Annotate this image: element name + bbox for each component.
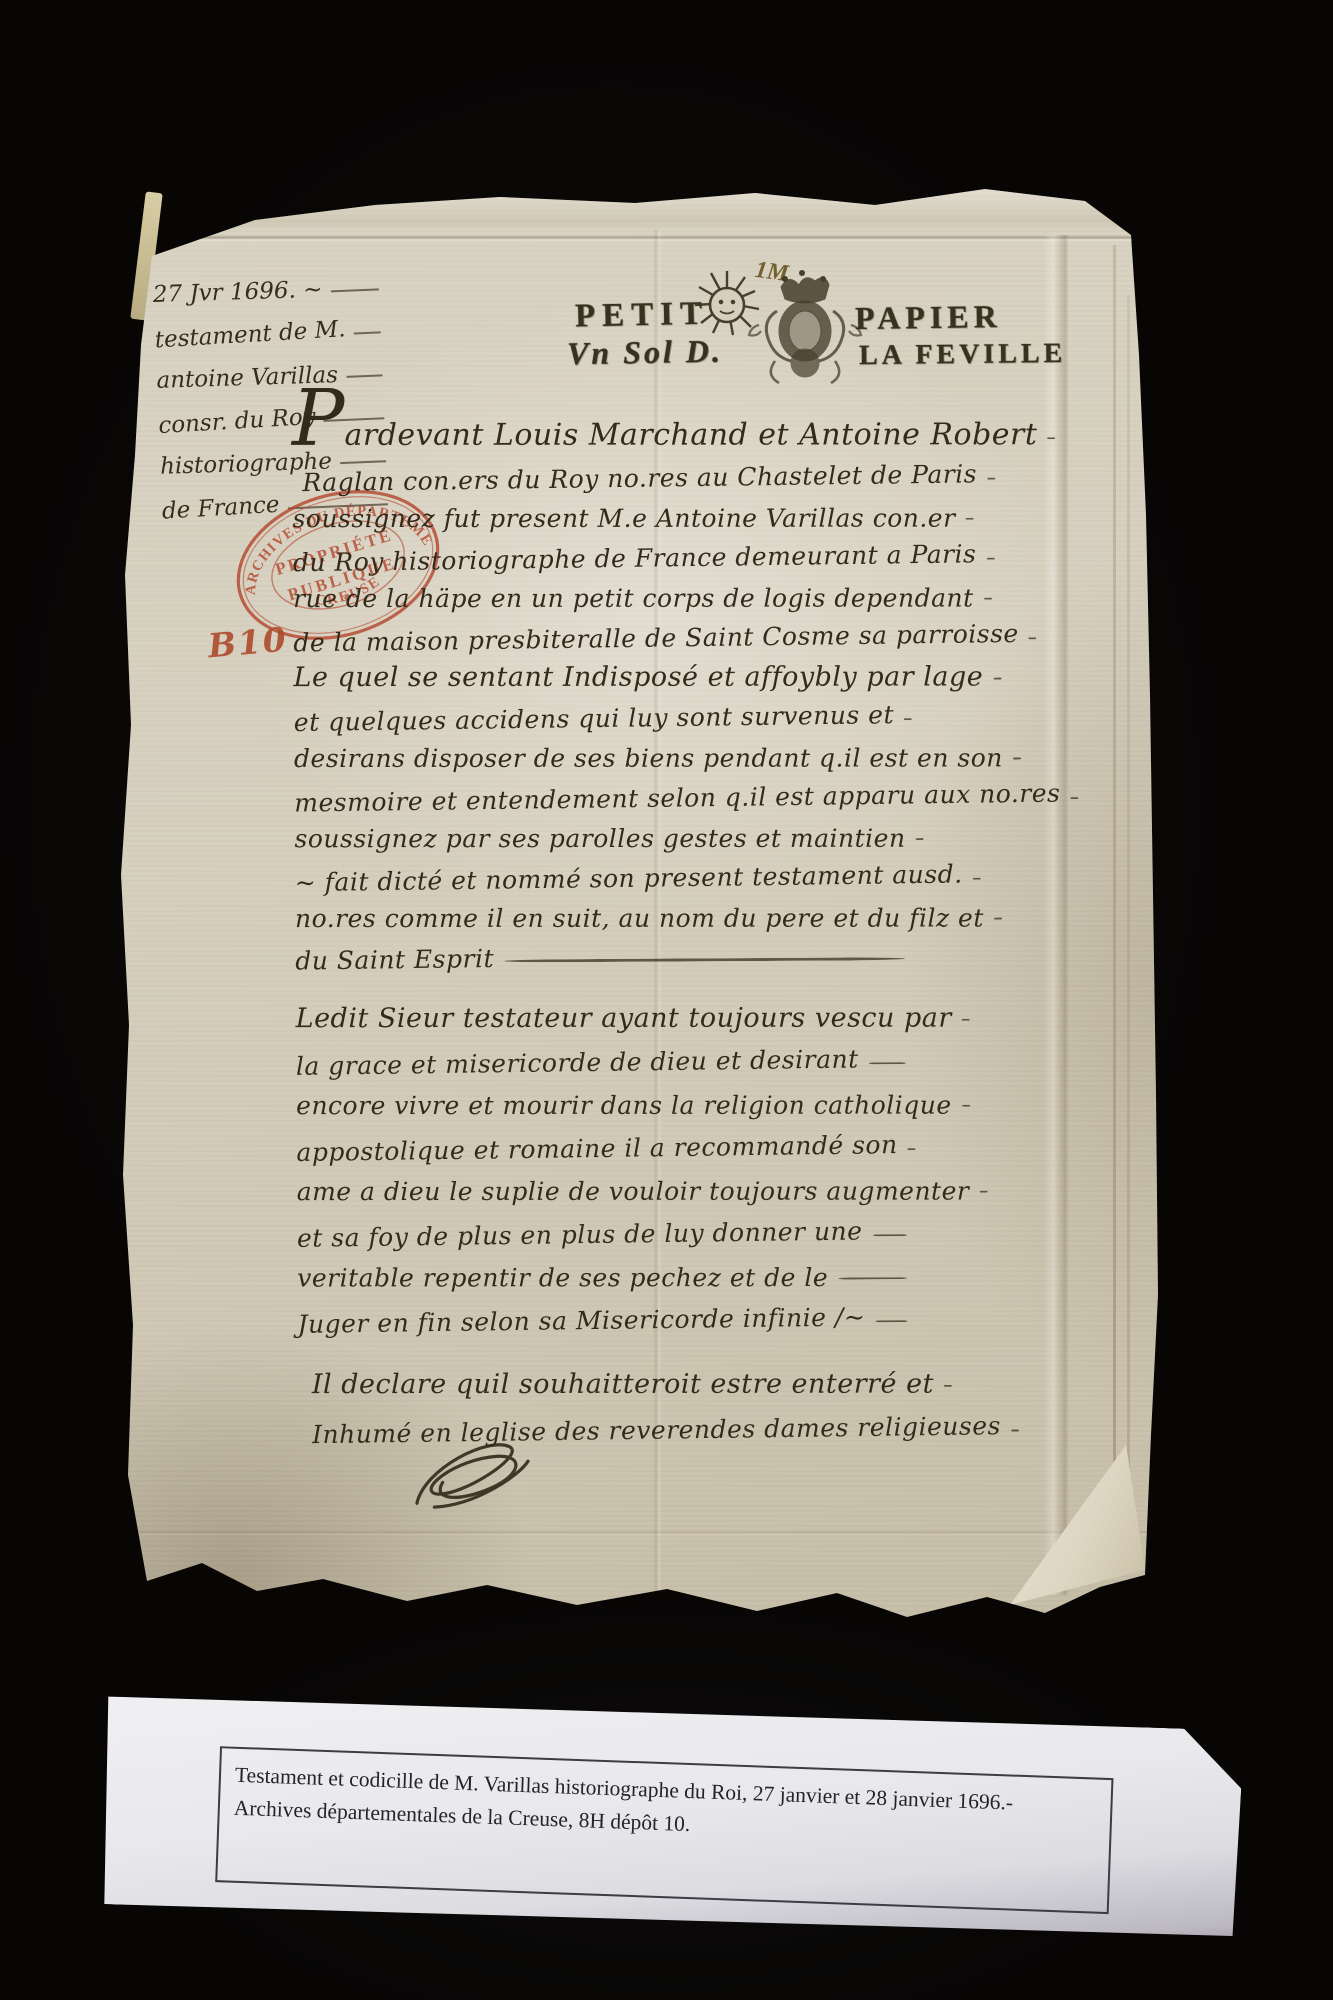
sun-and-crowned-royal-arms-icon — [689, 265, 865, 405]
stacked-sheet-edge — [1113, 245, 1116, 1525]
stacked-sheet-edge — [1127, 295, 1130, 1495]
line-filler-stroke — [994, 918, 1002, 920]
manuscript-line: et quelques accidens qui luy sont surven… — [294, 691, 906, 735]
fold-crease — [105, 235, 1165, 242]
manuscript-line: no.res comme il en suit, au nom du pere … — [295, 891, 907, 935]
torn-top-edge-highlight — [145, 183, 1135, 231]
manuscript-line: veritable repentir de ses pechez et de l… — [297, 1247, 909, 1294]
line-filler-stroke — [916, 838, 924, 840]
trailing-stroke — [346, 374, 383, 378]
line-filler-stroke — [966, 518, 974, 520]
line-filler-stroke — [875, 1320, 907, 1322]
manuscript-line: Le quel se sentant Indisposé et affoybly… — [293, 651, 905, 695]
manuscript-line: soussignez fut present M.e Antoine Varil… — [292, 491, 904, 535]
line-filler-stroke — [973, 878, 981, 880]
manuscript-line: et sa foy de plus en plus de luy donner … — [297, 1204, 909, 1251]
caption-border: Testament et codicille de M. Varillas hi… — [215, 1746, 1113, 1914]
fold-crease — [105, 1530, 1165, 1536]
manuscript-line: Il declare quil souhaitteroit estre ente… — [312, 1353, 910, 1402]
line-filler-stroke — [908, 1148, 916, 1150]
manuscript-line: encore vivre et mourir dans la religion … — [296, 1075, 908, 1122]
line-filler-stroke — [993, 678, 1001, 680]
line-filler-stroke — [962, 1105, 970, 1107]
manuscript-line: desirans disposer de ses biens pendant q… — [294, 731, 906, 775]
dog-eared-corner — [1010, 1445, 1145, 1605]
shelfmark-annotation: B10 — [206, 620, 289, 666]
line-filler-stroke — [504, 957, 905, 962]
manuscript-page: 27 Jvr 1696. ~ testament de M. antoine V… — [105, 175, 1165, 1635]
line-filler-stroke — [986, 558, 994, 560]
manuscript-line: Raglan con.ers du Roy no.res au Chastele… — [302, 451, 904, 495]
caption-label: Testament et codicille de M. Varillas hi… — [96, 1690, 1243, 1945]
manuscript-line: Juger en fin selon sa Misericorde infini… — [297, 1290, 909, 1337]
manuscript-line: ame a dieu le suplie de vouloir toujours… — [297, 1161, 909, 1208]
manuscript-line: rue de la häpe en un petit corps de logi… — [293, 571, 905, 615]
line-filler-stroke — [984, 598, 992, 600]
manuscript-line: mesmoire et entendement selon q.il est a… — [294, 771, 906, 815]
manuscript-line: du Roy historiographe de France demeuran… — [293, 531, 905, 575]
line-filler-stroke — [1048, 437, 1056, 439]
line-filler-stroke — [1029, 637, 1037, 639]
manuscript-line: appostolique et romaine il a recommandé … — [296, 1118, 908, 1165]
manuscript-line: de la maison presbiteralle de Saint Cosm… — [293, 611, 905, 655]
manuscript-line: du Saint Esprit — [295, 931, 907, 975]
line-filler-stroke — [1070, 797, 1078, 799]
manuscript-line: soussignez par ses parolles gestes et ma… — [294, 811, 906, 855]
line-filler-stroke — [944, 1385, 952, 1387]
manuscript-line: ~ fait dicté et nommé son present testam… — [295, 851, 907, 895]
trailing-stroke — [330, 288, 379, 292]
line-filler-stroke — [904, 718, 912, 720]
line-filler-stroke — [979, 1191, 987, 1193]
archival-photograph: 27 Jvr 1696. ~ testament de M. antoine V… — [0, 0, 1333, 2000]
caption-text: Testament et codicille de M. Varillas hi… — [233, 1759, 1101, 1855]
trailing-stroke — [354, 331, 381, 334]
tax-stamp-word: LA FEVILLE — [859, 338, 1067, 372]
line-filler-stroke — [987, 478, 995, 480]
line-filler-stroke — [838, 1277, 907, 1279]
manuscript-line: la grace et misericorde de dieu et desir… — [296, 1032, 908, 1079]
tax-stamp-word: PAPIER — [855, 298, 1002, 337]
printed-tax-stamp-header: PETIT Vn Sol D. PAPIER LA FEVILLE 1M — [467, 287, 947, 397]
line-filler-stroke — [869, 1062, 906, 1064]
line-filler-stroke — [1011, 1429, 1019, 1431]
manuscript-line: Pardevant Louis Marchand et Antoine Robe… — [292, 385, 904, 455]
line-filler-stroke — [962, 1019, 970, 1021]
paraph-flourish-icon — [397, 1427, 547, 1517]
line-filler-stroke — [1013, 757, 1021, 759]
manuscript-text-block: Pardevant Louis Marchand et Antoine Robe… — [292, 385, 910, 1447]
line-filler-stroke — [872, 1234, 906, 1236]
manuscript-line: Ledit Sieur testateur ayant toujours ves… — [295, 989, 907, 1036]
